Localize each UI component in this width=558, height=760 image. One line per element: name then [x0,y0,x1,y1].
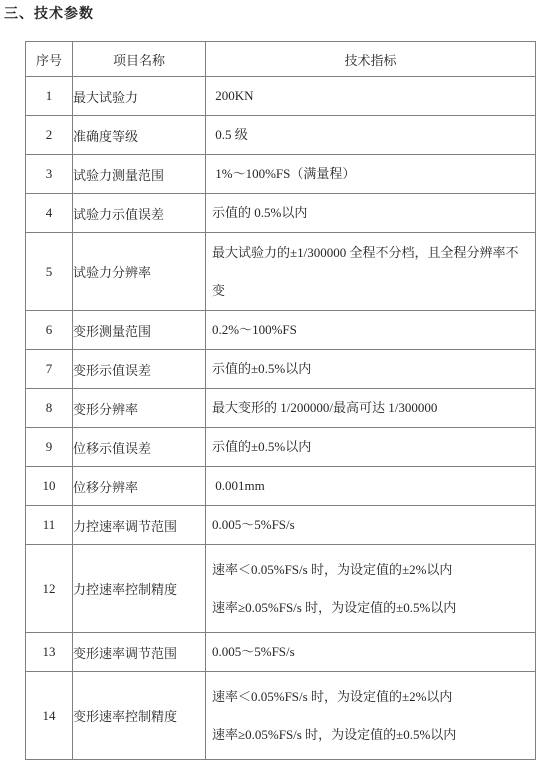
item-name: 试验力示值误差 [73,194,206,233]
item-name: 力控速率控制精度 [73,545,206,633]
item-value: 示值的±0.5%以内 [206,350,536,389]
item-name: 变形测量范围 [73,311,206,350]
header-col-name: 项目名称 [73,42,206,77]
item-value: 示值的 0.5%以内 [206,194,536,233]
item-value: 0.5 级 [206,116,536,155]
item-name: 准确度等级 [73,116,206,155]
row-number: 1 [26,77,73,116]
value-line: 最大变形的 1/200000/最高可达 1/300000 [206,389,535,427]
row-number: 11 [26,506,73,545]
row-number: 12 [26,545,73,633]
value-line: 0.001mm [206,467,535,505]
item-name: 试验力测量范围 [73,155,206,194]
item-value: 200KN [206,77,536,116]
item-name: 力控速率调节范围 [73,506,206,545]
value-line: 速率＜0.05%FS/s 时，为设定值的±2%以内 [206,678,535,716]
item-value: 0.001mm [206,467,536,506]
table-header-row: 序号 项目名称 技术指标 [26,42,536,77]
value-line: 最大试验力的±1/300000 全程不分档，且全程分辨率不变 [206,234,535,310]
item-value: 0.2%～100%FS [206,311,536,350]
section-title: 三、技术参数 [4,3,94,23]
table-row: 6 变形测量范围 0.2%～100%FS [26,311,536,350]
value-line: 0.5 级 [206,116,535,154]
spec-table: 序号 项目名称 技术指标 1 最大试验力 200KN 2 准确度等级 0.5 级… [25,41,536,760]
item-value: 最大试验力的±1/300000 全程不分档，且全程分辨率不变 [206,233,536,311]
value-line: 速率≥0.05%FS/s 时，为设定值的±0.5%以内 [206,716,535,754]
row-number: 13 [26,633,73,672]
item-name: 位移示值误差 [73,428,206,467]
value-line: 0.005～5%FS/s [206,633,535,671]
row-number: 4 [26,194,73,233]
item-name: 试验力分辨率 [73,233,206,311]
item-name: 位移分辨率 [73,467,206,506]
value-line: 速率≥0.05%FS/s 时，为设定值的±0.5%以内 [206,589,535,627]
table-row: 11 力控速率调节范围 0.005～5%FS/s [26,506,536,545]
value-line: 示值的±0.5%以内 [206,350,535,388]
header-col-spec: 技术指标 [206,42,536,77]
header-col-no: 序号 [26,42,73,77]
table-row: 12 力控速率控制精度 速率＜0.05%FS/s 时，为设定值的±2%以内 速率… [26,545,536,633]
value-line: 0.005～5%FS/s [206,506,535,544]
row-number: 8 [26,389,73,428]
table-row: 9 位移示值误差 示值的±0.5%以内 [26,428,536,467]
table-row: 7 变形示值误差 示值的±0.5%以内 [26,350,536,389]
item-value: 0.005～5%FS/s [206,506,536,545]
value-line: 示值的±0.5%以内 [206,428,535,466]
value-line: 0.2%～100%FS [206,311,535,349]
item-value: 1%～100%FS（满量程） [206,155,536,194]
value-line: 1%～100%FS（满量程） [206,155,535,193]
item-value: 速率＜0.05%FS/s 时，为设定值的±2%以内 速率≥0.05%FS/s 时… [206,672,536,760]
row-number: 10 [26,467,73,506]
item-value: 最大变形的 1/200000/最高可达 1/300000 [206,389,536,428]
row-number: 5 [26,233,73,311]
table-row: 3 试验力测量范围 1%～100%FS（满量程） [26,155,536,194]
item-name: 变形分辨率 [73,389,206,428]
row-number: 14 [26,672,73,760]
table-row: 4 试验力示值误差 示值的 0.5%以内 [26,194,536,233]
item-value: 速率＜0.05%FS/s 时，为设定值的±2%以内 速率≥0.05%FS/s 时… [206,545,536,633]
table-row: 13 变形速率调节范围 0.005～5%FS/s [26,633,536,672]
value-line: 速率＜0.05%FS/s 时，为设定值的±2%以内 [206,551,535,589]
table-row: 10 位移分辨率 0.001mm [26,467,536,506]
item-value: 0.005～5%FS/s [206,633,536,672]
value-line: 示值的 0.5%以内 [206,194,535,232]
item-name: 变形速率调节范围 [73,633,206,672]
row-number: 6 [26,311,73,350]
row-number: 2 [26,116,73,155]
item-value: 示值的±0.5%以内 [206,428,536,467]
item-name: 变形速率控制精度 [73,672,206,760]
item-name: 最大试验力 [73,77,206,116]
value-line: 200KN [206,77,535,115]
row-number: 7 [26,350,73,389]
row-number: 3 [26,155,73,194]
table-row: 8 变形分辨率 最大变形的 1/200000/最高可达 1/300000 [26,389,536,428]
table-row: 14 变形速率控制精度 速率＜0.05%FS/s 时，为设定值的±2%以内 速率… [26,672,536,760]
item-name: 变形示值误差 [73,350,206,389]
table-row: 1 最大试验力 200KN [26,77,536,116]
table-row: 2 准确度等级 0.5 级 [26,116,536,155]
table-row: 5 试验力分辨率 最大试验力的±1/300000 全程不分档，且全程分辨率不变 [26,233,536,311]
row-number: 9 [26,428,73,467]
